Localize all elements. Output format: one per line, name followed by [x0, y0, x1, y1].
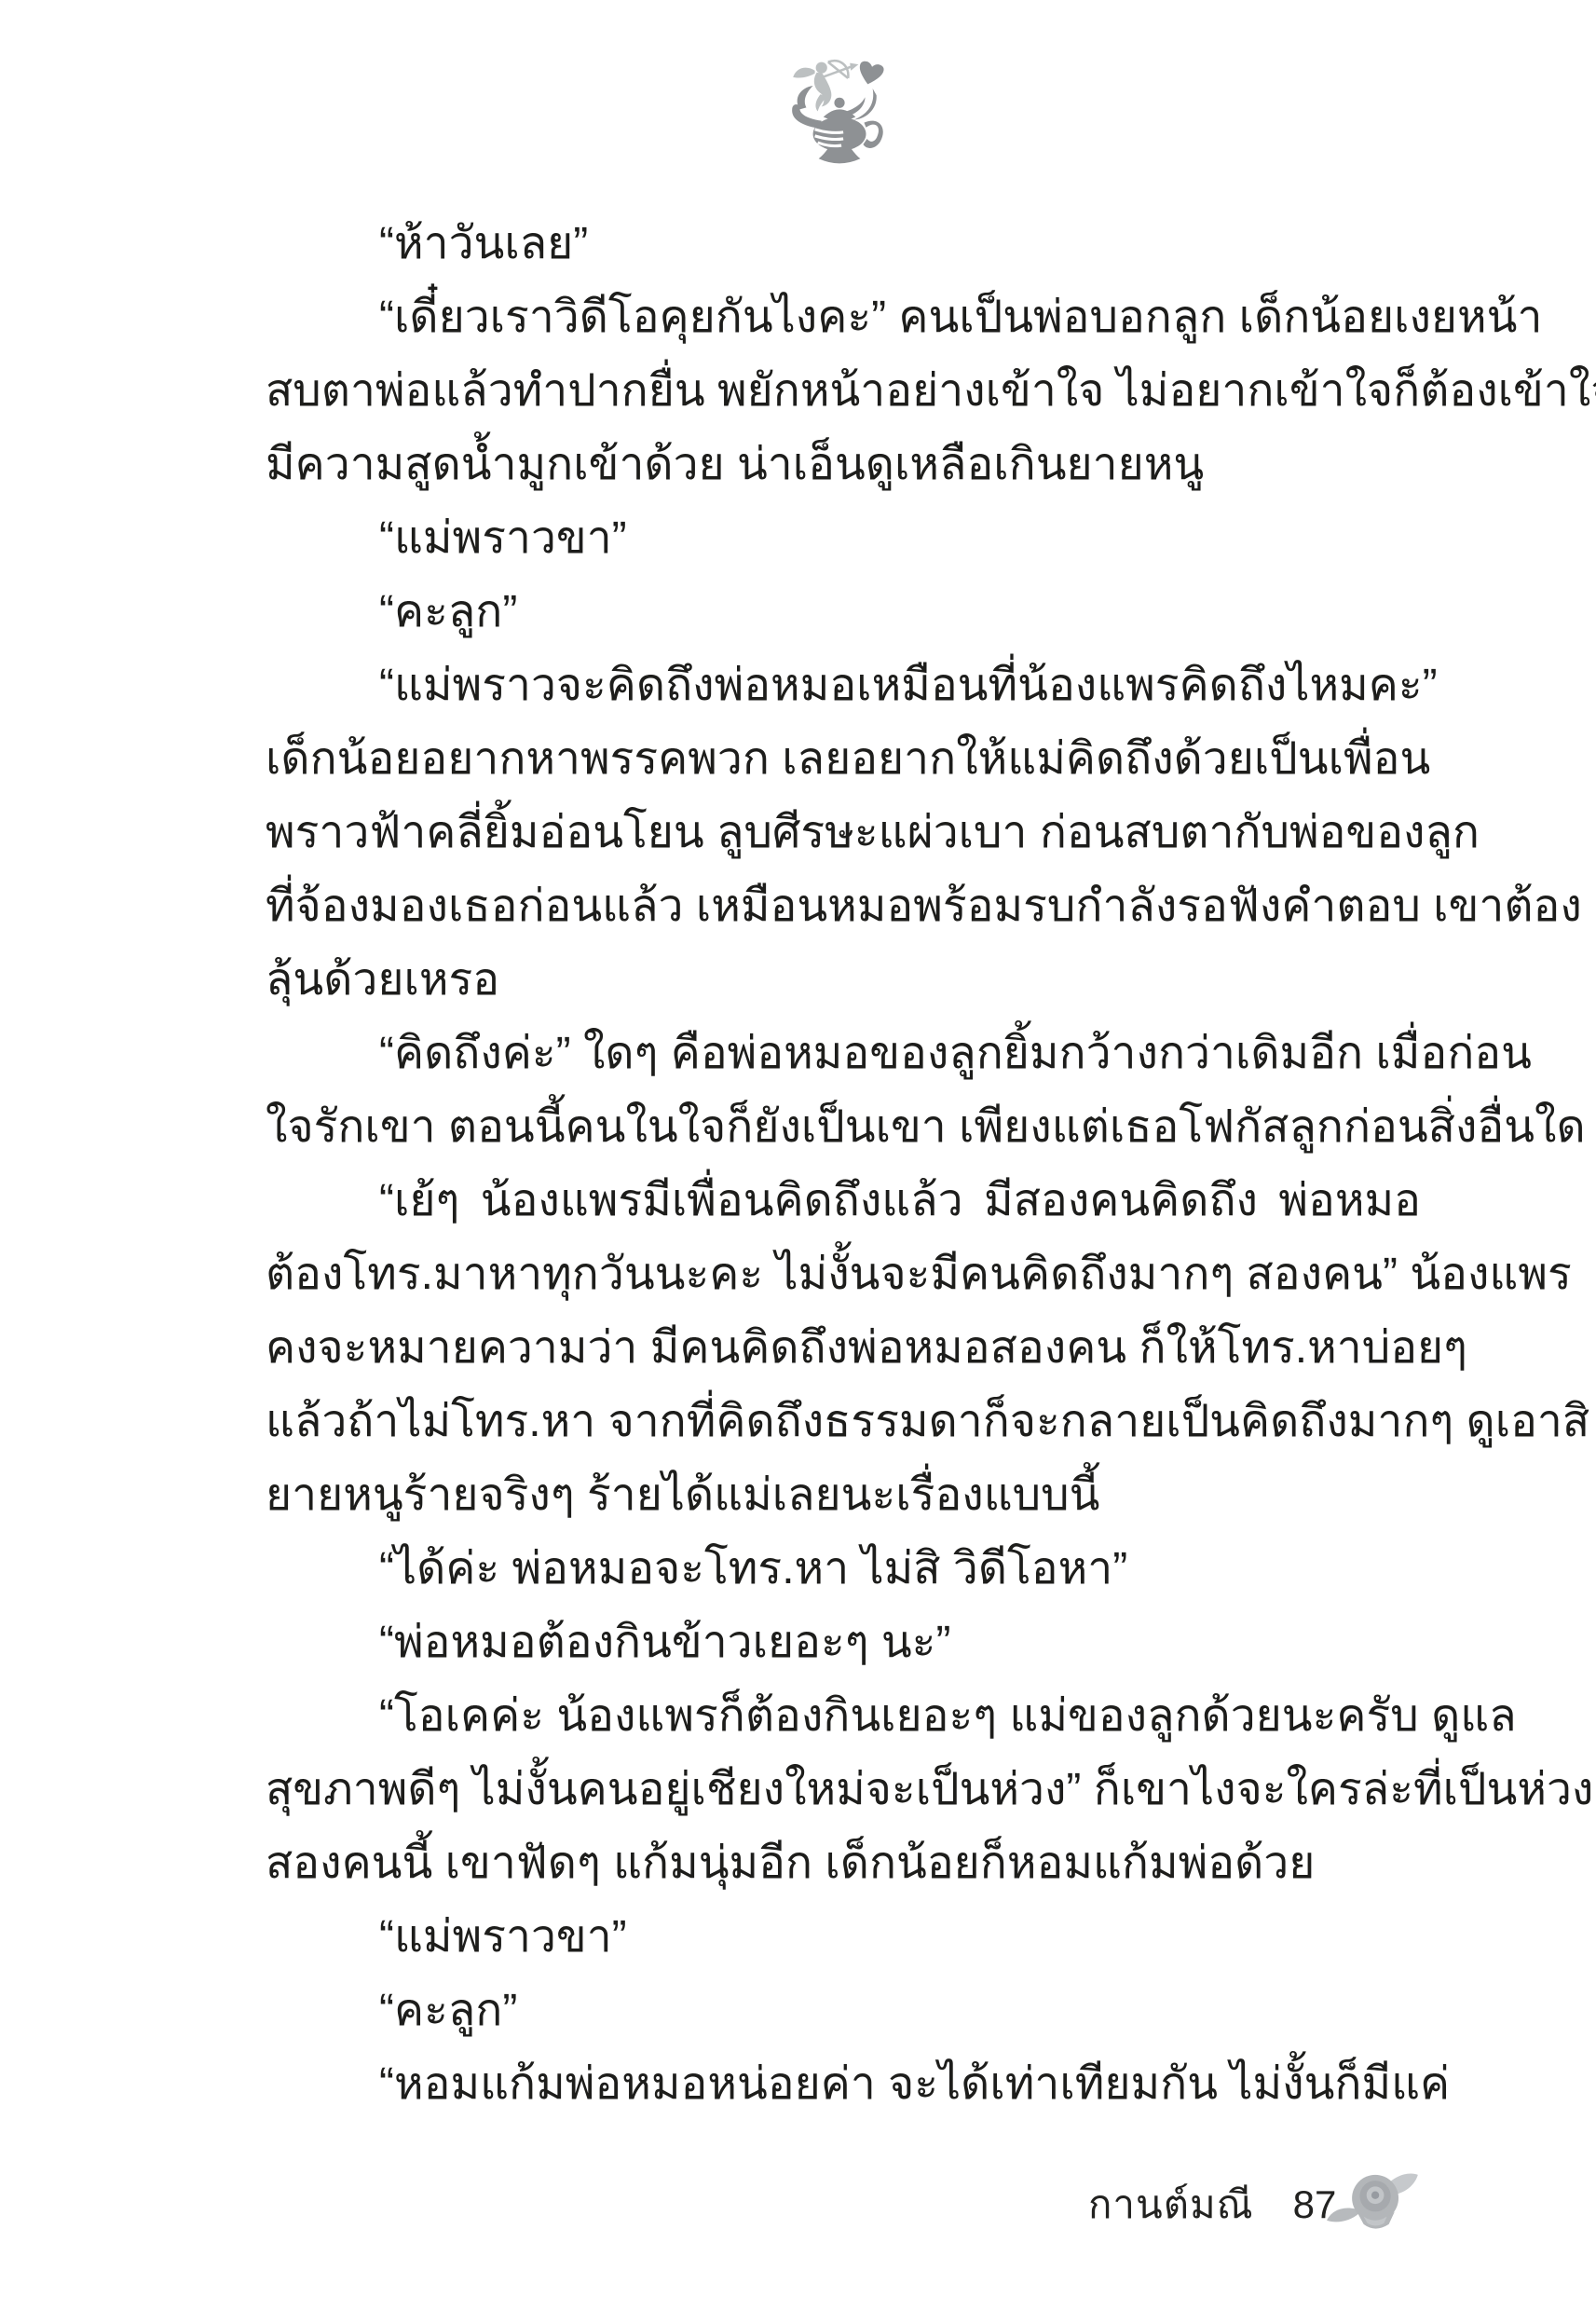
book-title: กานต์มณี: [1088, 2182, 1254, 2226]
text-line: ที่จ้องมองเธอก่อนแล้ว เหมือนหมอพร้อมรบกำ…: [266, 869, 1421, 943]
text-line: ยายหนูร้ายจริงๆ ร้ายได้แม่เลยนะเรื่องแบบ…: [266, 1458, 1421, 1532]
text-line: แล้วถ้าไม่โทร.หา จากที่คิดถึงธรรมดาก็จะก…: [266, 1385, 1421, 1458]
text-line: เด็กน้อยอยากหาพรรคพวก เลยอยากให้แม่คิดถึ…: [266, 722, 1421, 796]
text-line: “เย้ๆ น้องแพรมีเพื่อนคิดถึงแล้ว มีสองคนค…: [266, 1164, 1421, 1238]
book-page: “ห้าวันเลย” “เดี๋ยวเราวิดีโอคุยกันไงคะ” …: [0, 0, 1596, 2311]
text-line: “คะลูก”: [266, 575, 1421, 649]
text-line: “โอเคค่ะ น้องแพรก็ต้องกินเยอะๆ แม่ของลูก…: [266, 1679, 1421, 1753]
text-line: “คะลูก”: [266, 1974, 1421, 2047]
text-line: ต้องโทร.มาหาทุกวันนะคะ ไม่งั้นจะมีคนคิดถ…: [266, 1238, 1421, 1311]
text-line: มีความสูดน้ำมูกเข้าด้วย น่าเอ็นดูเหลือเก…: [266, 428, 1421, 501]
text-line: สบตาพ่อแล้วทำปากยื่น พยักหน้าอย่างเข้าใจ…: [266, 354, 1421, 428]
text-line: สองคนนี้ เขาฟัดๆ แก้มนุ่มอีก เด็กน้อยก็ห…: [266, 1826, 1421, 1900]
rose-icon: [1325, 2167, 1422, 2236]
text-line: “พ่อหมอต้องกินข้าวเยอะๆ นะ”: [266, 1606, 1421, 1679]
text-line: “แม่พราวขา”: [266, 501, 1421, 575]
text-line: “แม่พราวจะคิดถึงพ่อหมอเหมือนที่น้องแพรคิ…: [266, 649, 1421, 722]
lamp-cupid-heart-ornament: [781, 54, 894, 173]
text-line: “หอมแก้มพ่อหมอหน่อยค่า จะได้เท่าเทียมกัน…: [266, 2047, 1421, 2121]
text-line: ใจรักเขา ตอนนี้คนในใจก็ยังเป็นเขา เพียงแ…: [266, 1090, 1421, 1164]
text-line: พราวฟ้าคลี่ยิ้มอ่อนโยน ลูบศีรษะแผ่วเบา ก…: [266, 796, 1421, 869]
text-line: “ห้าวันเลย”: [266, 207, 1421, 280]
text-line: คงจะหมายความว่า มีคนคิดถึงพ่อหมอสองคน ก็…: [266, 1311, 1421, 1385]
text-line: “คิดถึงค่ะ” ใดๆ คือพ่อหมอของลูกยิ้มกว้าง…: [266, 1017, 1421, 1090]
text-line: “แม่พราวขา”: [266, 1900, 1421, 1974]
text-line: “เดี๋ยวเราวิดีโอคุยกันไงคะ” คนเป็นพ่อบอก…: [266, 280, 1421, 354]
body-text: “ห้าวันเลย” “เดี๋ยวเราวิดีโอคุยกันไงคะ” …: [266, 207, 1421, 2121]
page-footer: กานต์มณี87: [1088, 2181, 1336, 2229]
text-line: สุขภาพดีๆ ไม่งั้นคนอยู่เชียงใหม่จะเป็นห่…: [266, 1753, 1421, 1826]
text-line: “ได้ค่ะ พ่อหมอจะโทร.หา ไม่สิ วิดีโอหา”: [266, 1532, 1421, 1606]
text-line: ลุ้นด้วยเหรอ: [266, 943, 1421, 1017]
